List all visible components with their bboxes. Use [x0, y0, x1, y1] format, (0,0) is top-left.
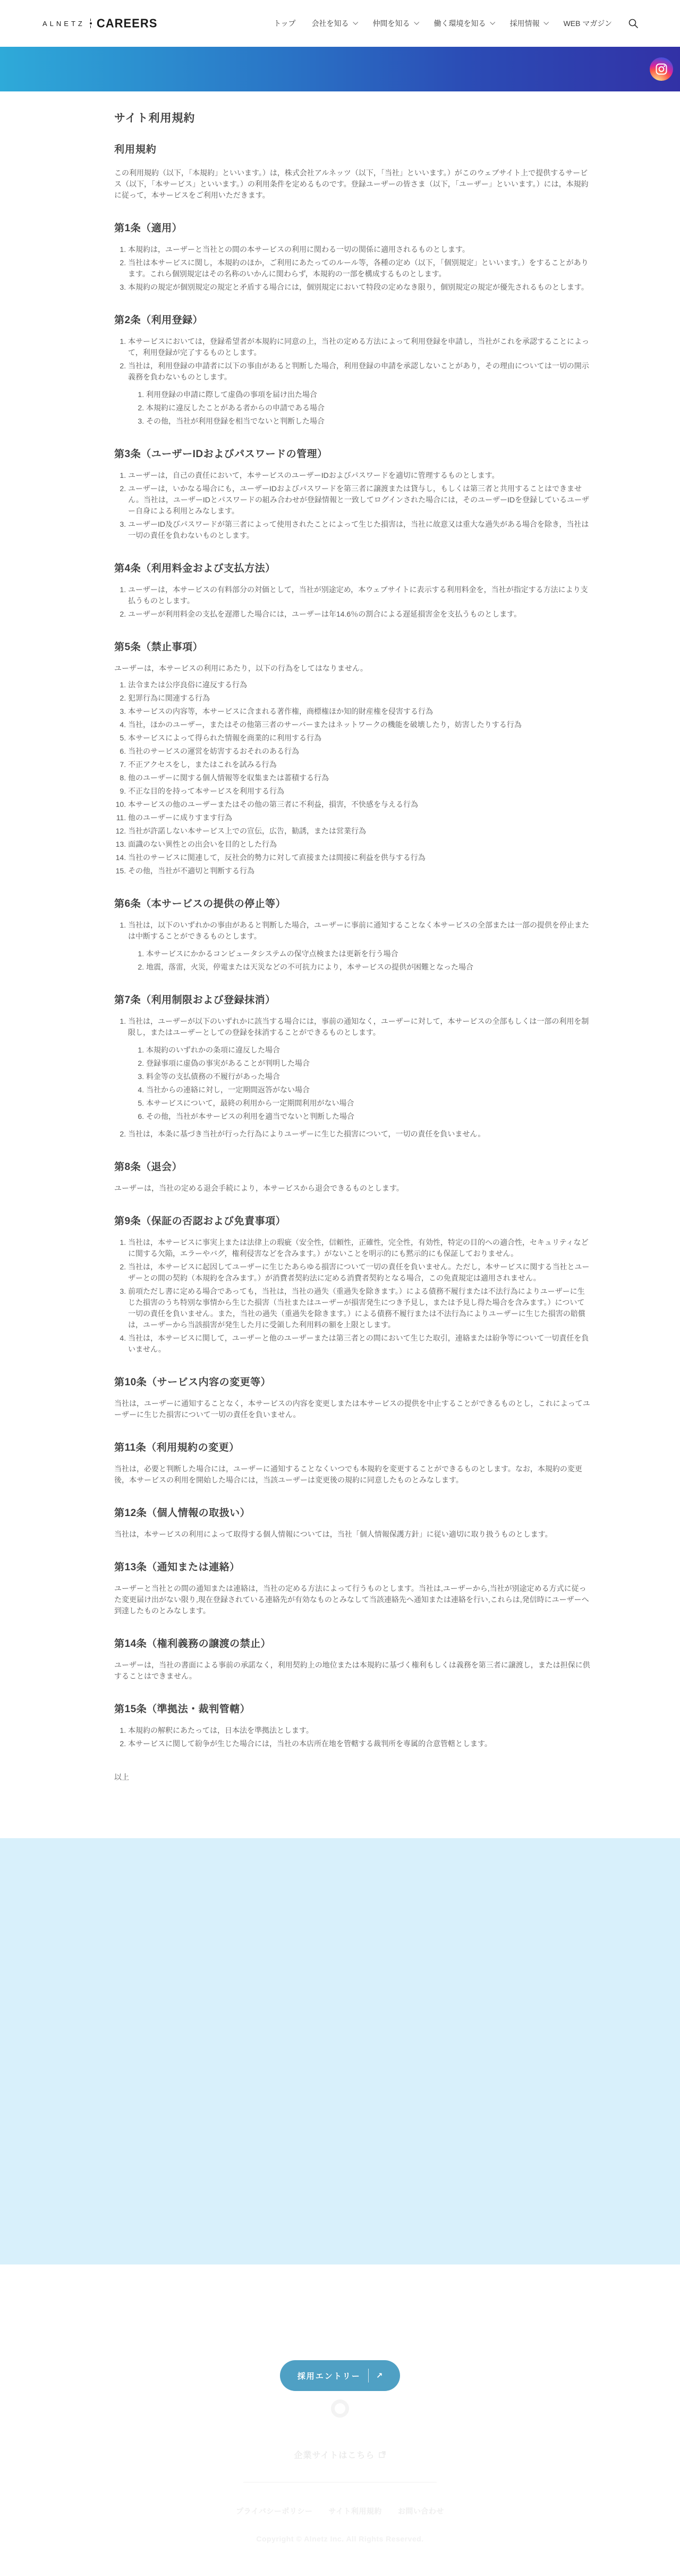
article-heading: 第5条（禁止事項） — [114, 639, 590, 653]
article-heading: 第3条（ユーザーIDおよびパスワードの管理） — [114, 446, 590, 460]
terms-article-14: 第14条（権利義務の譲渡の禁止）ユーザーは，当社の書面による事前の承諾なく，利用… — [114, 1636, 590, 1682]
main-nav: トップ会社を知る仲間を知る働く環境を知る採用情報WEB マガジン — [274, 18, 612, 29]
article-item: 本サービスに関して紛争が生じた場合には，当社の本店所在地を管轄する裁判所を専属的… — [128, 1738, 590, 1749]
article-paragraph: 当社は，必要と判断した場合には，ユーザーに通知することなくいつでも本規約を変更す… — [114, 1463, 590, 1486]
search-icon[interactable] — [628, 18, 639, 29]
article-item: 不正アクセスをし，またはこれを試みる行為 — [128, 759, 590, 770]
article-item: ユーザーは，いかなる場合にも，ユーザーIDおよびパスワードを第三者に譲渡または貸… — [128, 483, 590, 517]
site-footer: 採用エントリー ↗ 企業サイトはこちら プライバシーポリシーサイト利用規約お問い… — [0, 2264, 680, 2576]
logo-site-text: CAREERS — [97, 16, 158, 30]
decorative-ring — [331, 2400, 349, 2418]
footer-links: プライバシーポリシーサイト利用規約お問い合わせ — [236, 2506, 444, 2516]
logo-brand-text: ALNETZ — [42, 20, 85, 28]
article-item: 当社は本サービスに関し，本規約のほか，ご利用にあたってのルール等，各種の定め（以… — [128, 257, 590, 280]
logo-separator-icon — [90, 19, 92, 28]
entry-button-divider — [368, 2369, 369, 2383]
nav-item-2[interactable]: 会社を知る — [312, 18, 357, 29]
terms-content: サイト利用規約 利用規約 この利用規約（以下，「本規約」といいます。）は，株式会… — [114, 91, 590, 1838]
article-subitem: 登録事項に虚偽の事実があることが判明した場合 — [146, 1058, 590, 1069]
article-paragraph: ユーザーは，本サービスの利用にあたり，以下の行為をしてはなりません。 — [114, 663, 590, 674]
article-paragraph: 当社は，本サービスの利用によって取得する個人情報については，当社「個人情報保護方… — [114, 1529, 590, 1540]
article-subitem: 料金等の支払債務の不履行があった場合 — [146, 1071, 590, 1082]
article-subitem: 利用登録の申請に際して虚偽の事項を届け出た場合 — [146, 389, 590, 400]
article-heading: 第14条（権利義務の譲渡の禁止） — [114, 1636, 590, 1650]
article-item: 本規約の規定が個別規定の規定と矛盾する場合には，個別規定において特段の定めなき限… — [128, 282, 590, 293]
article-item-list: ユーザーは，自己の責任において，本サービスのユーザーIDおよびパスワードを適切に… — [114, 470, 590, 541]
footer-link-1[interactable]: プライバシーポリシー — [236, 2506, 312, 2516]
nav-item-label: 働く環境を知る — [434, 18, 486, 29]
site-header: ALNETZ CAREERS トップ会社を知る仲間を知る働く環境を知る採用情報W… — [0, 0, 680, 47]
article-heading: 第9条（保証の否認および免責事項） — [114, 1213, 590, 1227]
article-paragraph: ユーザーは，当社の書面による事前の承諾なく，利用契約上の地位または本規約に基づく… — [114, 1660, 590, 1682]
article-subitem-list: 本規約のいずれかの条項に違反した場合登録事項に虚偽の事実があることが判明した場合… — [128, 1045, 590, 1122]
external-link-icon — [379, 2451, 386, 2458]
article-item: 当社は，ユーザーが以下のいずれかに該当する場合には，事前の通知なく，ユーザーに対… — [128, 1016, 590, 1122]
article-subitem-list: 本サービスにかかるコンピュータシステムの保守点検または更新を行う場合地震，落雷，… — [128, 948, 590, 973]
article-item: 当社は，本サービスに関して，ユーザーと他のユーザーまたは第三者との間において生じ… — [128, 1333, 590, 1355]
article-subitem: 本規約に違反したことがある者からの申請である場合 — [146, 402, 590, 414]
article-heading: 第11条（利用規約の変更） — [114, 1439, 590, 1454]
article-subitem: 本サービスにかかるコンピュータシステムの保守点検または更新を行う場合 — [146, 948, 590, 959]
article-heading: 第4条（利用料金および支払方法） — [114, 560, 590, 575]
article-item: 他のユーザーに関する個人情報等を収集または蓄積する行為 — [128, 772, 590, 784]
site-logo[interactable]: ALNETZ CAREERS — [42, 16, 157, 30]
article-paragraph: ユーザーと当社との間の通知または連絡は，当社の定める方法によって行うものとします… — [114, 1583, 590, 1617]
article-item: 面識のない異性との出会いを目的とした行為 — [128, 839, 590, 850]
footer-link-2[interactable]: サイト利用規約 — [328, 2506, 382, 2516]
article-heading: 第7条（利用制限および登録抹消） — [114, 992, 590, 1006]
chevron-down-icon — [490, 20, 495, 25]
article-item-list: 本規約の解釈にあたっては，日本法を準拠法とします。本サービスに関して紛争が生じた… — [114, 1725, 590, 1749]
nav-item-label: 会社を知る — [312, 18, 349, 29]
chevron-down-icon — [414, 20, 419, 25]
article-subitem: その他，当社が利用登録を相当でないと判断した場合 — [146, 416, 590, 427]
terms-article-8: 第8条（退会）ユーザーは，当社の定める退会手続により，本サービスから退会できるも… — [114, 1159, 590, 1194]
article-paragraph: ユーザーは，当社の定める退会手続により，本サービスから退会できるものとします。 — [114, 1183, 590, 1194]
article-heading: 第10条（サービス内容の変更等） — [114, 1374, 590, 1388]
terms-articles: 第1条（適用）本規約は，ユーザーと当社との間の本サービスの利用に関わる一切の関係… — [114, 220, 590, 1749]
article-subitem: 地震，落雷，火災，停電または天災などの不可抗力により，本サービスの提供が困難とな… — [146, 962, 590, 973]
article-item: 本規約の解釈にあたっては，日本法を準拠法とします。 — [128, 1725, 590, 1736]
article-item-list: 本サービスにおいては，登録希望者が本規約に同意の上，当社の定める方法によって利用… — [114, 336, 590, 427]
article-item: 犯罪行為に関連する行為 — [128, 693, 590, 704]
article-subitem: 当社からの連絡に対し，一定期間返答がない場合 — [146, 1084, 590, 1096]
promo-placeholder-section — [0, 1838, 680, 2264]
corporate-site-link[interactable]: 企業サイトはこちら — [294, 2448, 386, 2461]
article-item: ユーザーが利用料金の支払を遅滞した場合には，ユーザーは年14.6％の割合による遅… — [128, 609, 590, 620]
article-item: 当社のサービスの運営を妨害するおそれのある行為 — [128, 746, 590, 757]
terms-article-6: 第6条（本サービスの提供の停止等）当社は，以下のいずれかの事由があると判断した場… — [114, 896, 590, 973]
terms-article-15: 第15条（準拠法・裁判管轄）本規約の解釈にあたっては，日本法を準拠法とします。本… — [114, 1701, 590, 1749]
corporate-site-link-label: 企業サイトはこちら — [294, 2448, 375, 2461]
article-item: 当社は，本条に基づき当社が行った行為によりユーザーに生じた損害について，一切の責… — [128, 1129, 590, 1140]
terms-article-10: 第10条（サービス内容の変更等）当社は，ユーザーに通知することなく，本サービスの… — [114, 1374, 590, 1420]
article-item-list: 当社は，本サービスに事実上または法律上の瑕疵（安全性，信頼性，正確性，完全性，有… — [114, 1237, 590, 1355]
terms-article-2: 第2条（利用登録）本サービスにおいては，登録希望者が本規約に同意の上，当社の定め… — [114, 312, 590, 427]
article-item: 前項ただし書に定める場合であっても，当社は，当社の過失（重過失を除きます。）によ… — [128, 1286, 590, 1331]
instagram-button[interactable] — [650, 57, 673, 81]
nav-item-1[interactable]: トップ — [274, 18, 296, 29]
article-item: 当社のサービスに関連して，反社会的勢力に対して直接または間接に利益を供与する行為 — [128, 852, 590, 863]
article-heading: 第13条（通知または連絡） — [114, 1559, 590, 1573]
article-paragraph: 当社は，ユーザーに通知することなく，本サービスの内容を変更しまたは本サービスの提… — [114, 1398, 590, 1420]
article-item: ユーザーID及びパスワードが第三者によって使用されたことによって生じた損害は，当… — [128, 519, 590, 541]
article-heading: 第2条（利用登録） — [114, 312, 590, 326]
article-item: 本サービスにおいては，登録希望者が本規約に同意の上，当社の定める方法によって利用… — [128, 336, 590, 358]
copyright: Copyright © Alnetz Inc. All Rights Reser… — [256, 2535, 423, 2543]
article-subitem: 本サービスについて，最終の利用から一定期間利用がない場合 — [146, 1098, 590, 1109]
entry-button[interactable]: 採用エントリー ↗ — [280, 2360, 400, 2391]
article-item-list: ユーザーは，本サービスの有料部分の対価として，当社が別途定め，本ウェブサイトに表… — [114, 584, 590, 620]
terms-article-5: 第5条（禁止事項）ユーザーは，本サービスの利用にあたり，以下の行為をしてはなりま… — [114, 639, 590, 877]
article-item: 当社は，利用登録の申請者に以下の事由があると判断した場合，利用登録の申請を承認し… — [128, 360, 590, 427]
footer-link-3[interactable]: お問い合わせ — [398, 2506, 444, 2516]
entry-button-label: 採用エントリー — [297, 2370, 361, 2381]
footer-divider — [243, 2482, 437, 2482]
article-item: 当社は，本サービスに起因してユーザーに生じたあらゆる損害について一切の責任を負い… — [128, 1261, 590, 1284]
article-item-list: 当社は，以下のいずれかの事由があると判断した場合，ユーザーに事前に通知することな… — [114, 920, 590, 973]
article-heading: 第15条（準拠法・裁判管轄） — [114, 1701, 590, 1715]
arrow-up-right-icon: ↗ — [376, 2371, 383, 2380]
article-item: 本サービスによって得られた情報を商業的に利用する行為 — [128, 733, 590, 744]
article-item: 当社，ほかのユーザー，またはその他第三者のサーバーまたはネットワークの機能を破壊… — [128, 719, 590, 730]
article-item-list: 本規約は，ユーザーと当社との間の本サービスの利用に関わる一切の関係に適用されるも… — [114, 244, 590, 293]
hero-gradient-band — [0, 47, 680, 91]
nav-item-6[interactable]: WEB マガジン — [564, 18, 612, 29]
article-item-list: 当社は，ユーザーが以下のいずれかに該当する場合には，事前の通知なく，ユーザーに対… — [114, 1016, 590, 1140]
terms-article-13: 第13条（通知または連絡）ユーザーと当社との間の通知または連絡は，当社の定める方… — [114, 1559, 590, 1617]
nav-item-5[interactable]: 採用情報 — [510, 18, 548, 29]
article-item: 当社が許諾しない本サービス上での宣伝，広告，勧誘，または営業行為 — [128, 826, 590, 837]
chevron-down-icon — [353, 20, 358, 25]
instagram-icon — [655, 63, 668, 75]
article-item: 当社は，本サービスに事実上または法律上の瑕疵（安全性，信頼性，正確性，完全性，有… — [128, 1237, 590, 1259]
terms-article-4: 第4条（利用料金および支払方法）ユーザーは，本サービスの有料部分の対価として，当… — [114, 560, 590, 620]
terms-intro: この利用規約（以下，「本規約」といいます。）は，株式会社アルネッツ（以下，「当社… — [114, 167, 590, 201]
terms-article-11: 第11条（利用規約の変更）当社は，必要と判断した場合には，ユーザーに通知すること… — [114, 1439, 590, 1486]
article-item: 法令または公序良俗に違反する行為 — [128, 679, 590, 691]
article-heading: 第1条（適用） — [114, 220, 590, 234]
nav-item-label: 仲間を知る — [373, 18, 410, 29]
nav-item-label: 採用情報 — [510, 18, 540, 29]
terms-article-3: 第3条（ユーザーIDおよびパスワードの管理）ユーザーは，自己の責任において，本サ… — [114, 446, 590, 541]
chevron-down-icon — [543, 20, 549, 25]
article-item: 他のユーザーに成りすます行為 — [128, 812, 590, 823]
article-item: 本サービスの内容等，本サービスに含まれる著作権，商標権ほか知的財産権を侵害する行… — [128, 706, 590, 717]
article-subitem: その他，当社が本サービスの利用を適当でないと判断した場合 — [146, 1111, 590, 1122]
nav-item-4[interactable]: 働く環境を知る — [434, 18, 494, 29]
article-item: 当社は，以下のいずれかの事由があると判断した場合，ユーザーに事前に通知することな… — [128, 920, 590, 973]
terms-article-1: 第1条（適用）本規約は，ユーザーと当社との間の本サービスの利用に関わる一切の関係… — [114, 220, 590, 293]
article-item: ユーザーは，自己の責任において，本サービスのユーザーIDおよびパスワードを適切に… — [128, 470, 590, 481]
terms-subtitle: 利用規約 — [114, 141, 590, 156]
article-item: 不正な目的を持って本サービスを利用する行為 — [128, 786, 590, 797]
article-heading: 第8条（退会） — [114, 1159, 590, 1173]
article-subitem-list: 利用登録の申請に際して虚偽の事項を届け出た場合本規約に違反したことがある者からの… — [128, 389, 590, 427]
article-item: 本サービスの他のユーザーまたはその他の第三者に不利益，損害，不快感を与える行為 — [128, 799, 590, 810]
terms-article-9: 第9条（保証の否認および免責事項）当社は，本サービスに事実上または法律上の瑕疵（… — [114, 1213, 590, 1355]
article-item: 本規約は，ユーザーと当社との間の本サービスの利用に関わる一切の関係に適用されるも… — [128, 244, 590, 255]
terms-article-12: 第12条（個人情報の取扱い）当社は，本サービスの利用によって取得する個人情報につ… — [114, 1505, 590, 1540]
article-subitem: 本規約のいずれかの条項に違反した場合 — [146, 1045, 590, 1056]
nav-item-3[interactable]: 仲間を知る — [373, 18, 418, 29]
terms-article-7: 第7条（利用制限および登録抹消）当社は，ユーザーが以下のいずれかに該当する場合に… — [114, 992, 590, 1140]
article-heading: 第12条（個人情報の取扱い） — [114, 1505, 590, 1519]
article-heading: 第6条（本サービスの提供の停止等） — [114, 896, 590, 910]
article-item: その他，当社が不適切と判断する行為 — [128, 865, 590, 877]
page-title: サイト利用規約 — [114, 110, 590, 125]
nav-item-label: WEB マガジン — [564, 18, 612, 29]
article-item: ユーザーは，本サービスの有料部分の対価として，当社が別途定め，本ウェブサイトに表… — [128, 584, 590, 607]
nav-item-label: トップ — [274, 18, 296, 29]
article-item-list: 法令または公序良俗に違反する行為犯罪行為に関連する行為本サービスの内容等，本サー… — [114, 679, 590, 877]
terms-closing: 以上 — [114, 1772, 590, 1783]
